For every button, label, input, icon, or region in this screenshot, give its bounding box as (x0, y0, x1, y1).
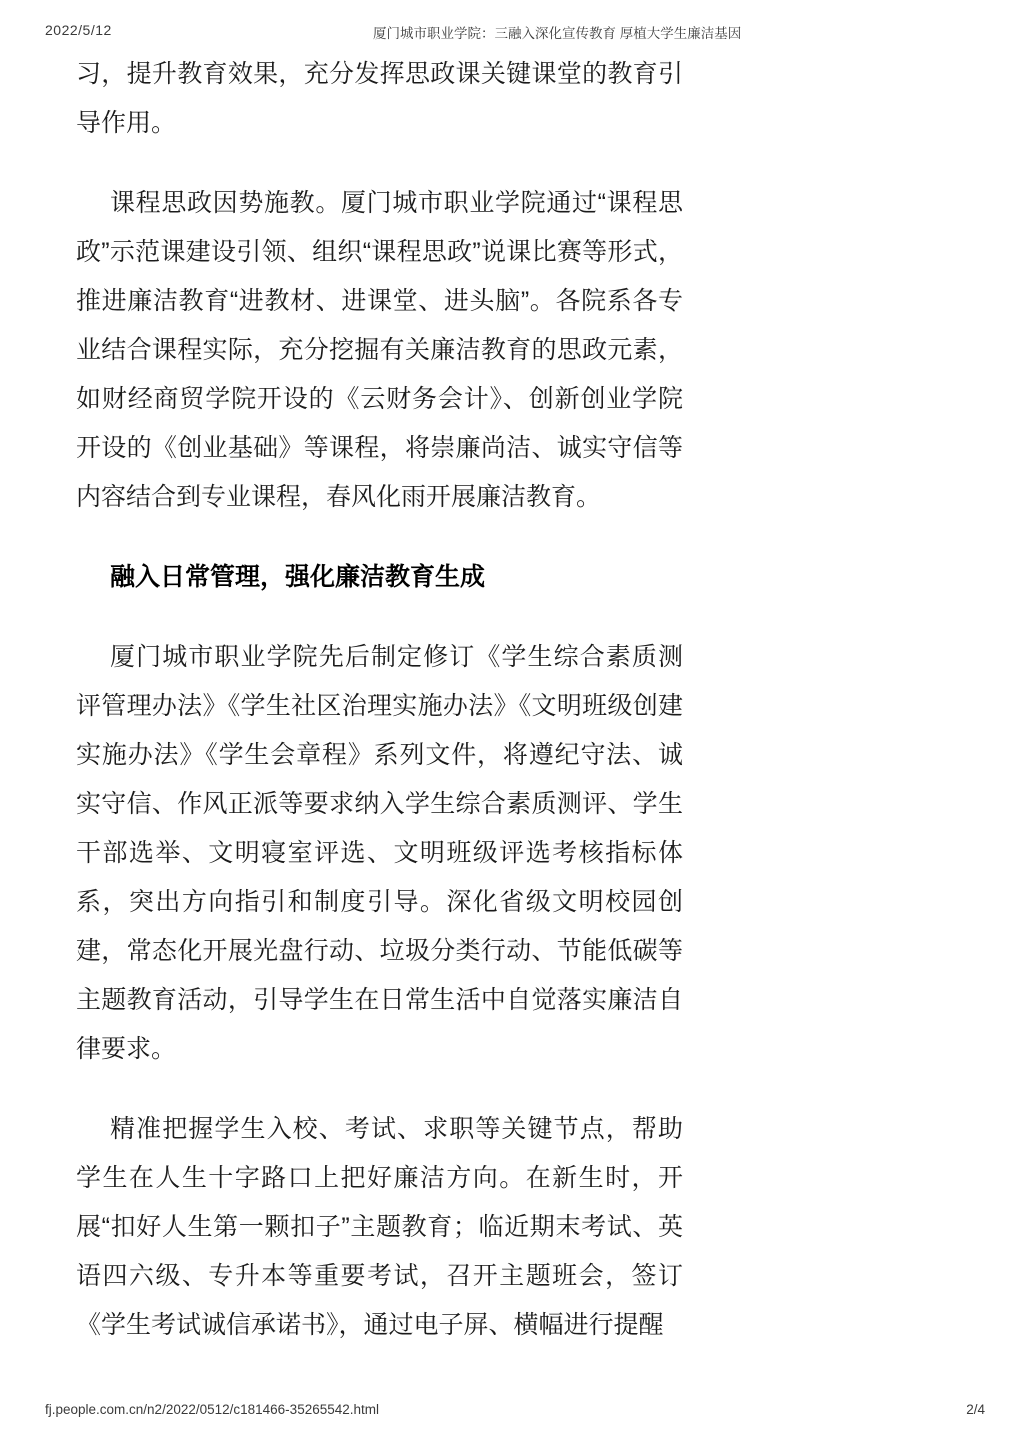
section-heading: 融入日常管理，强化廉洁教育生成 (76, 553, 683, 602)
paragraph-continuation: 习，提升教育效果，充分发挥思政课关键课堂的教育引导作用。 (76, 50, 683, 148)
print-header-title: 厦门城市职业学院：三融入深化宣传教育 厚植大学生廉洁基因 (373, 22, 741, 42)
paragraph: 厦门城市职业学院先后制定修订《学生综合素质测评管理办法》《学生社区治理实施办法》… (76, 633, 683, 1074)
paragraph: 课程思政因势施教。厦门城市职业学院通过“课程思政”示范课建设引领、组织“课程思政… (76, 179, 683, 522)
pdf-page: 2022/5/12 厦门城市职业学院：三融入深化宣传教育 厚植大学生廉洁基因 习… (0, 0, 1024, 1448)
print-footer-url: fj.people.com.cn/n2/2022/0512/c181466-35… (45, 1402, 379, 1417)
print-header-date: 2022/5/12 (45, 22, 112, 38)
article-body: 习，提升教育效果，充分发挥思政课关键课堂的教育引导作用。 课程思政因势施教。厦门… (76, 50, 683, 1381)
print-footer: fj.people.com.cn/n2/2022/0512/c181466-35… (45, 1402, 985, 1417)
print-footer-page-number: 2/4 (966, 1402, 985, 1417)
paragraph: 精准把握学生入校、考试、求职等关键节点，帮助学生在人生十字路口上把好廉洁方向。在… (76, 1105, 683, 1350)
